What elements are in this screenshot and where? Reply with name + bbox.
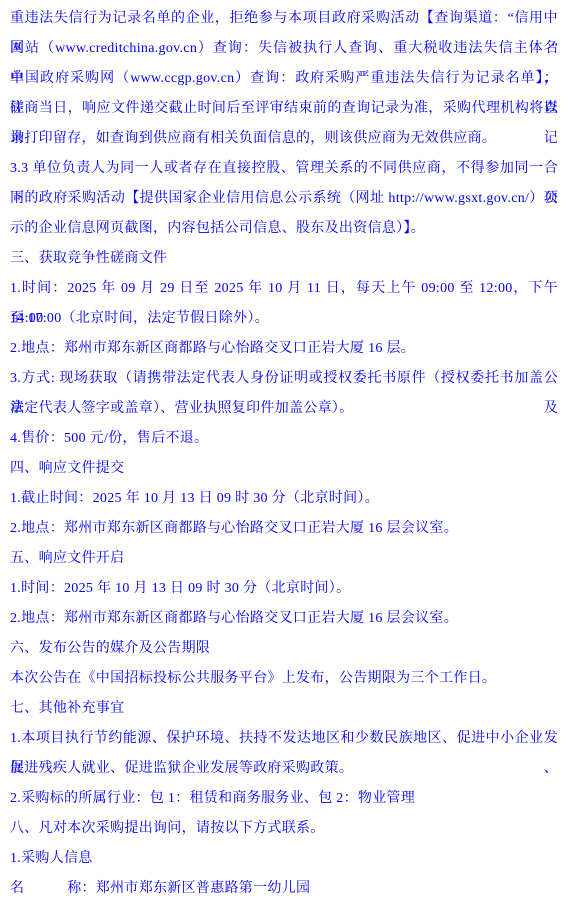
document-text-line: 2.采购标的所属行业：包 1：租赁和商务服务业、包 2：物业管理 [10, 784, 558, 814]
document-text-line: 三、获取竞争性磋商文件 [10, 244, 558, 274]
document-text-line: 录打印留存，如查询到供应商有相关负面信息的，则该供应商为无效供应商。 [10, 124, 558, 154]
document-text-line: 2.地点：郑州市郑东新区商都路与心怡路交叉口正岩大厦 16 层会议室。 [10, 604, 558, 634]
document-text-line: 下的政府采购活动【提供国家企业信用信息公示系统（网址 http://www.gs… [10, 184, 558, 214]
document-text-line: 3.方式: 现场获取（请携带法定代表人身份证明或授权委托书原件（授权委托书加盖公… [10, 364, 558, 394]
document-text-line: 1.采购人信息 [10, 844, 558, 874]
document-text-line: 2.地点：郑州市郑东新区商都路与心怡路交叉口正岩大厦 16 层会议室。 [10, 514, 558, 544]
document-text-line: 八、凡对本次采购提出询问，请按以下方式联系。 [10, 814, 558, 844]
document-text-line: 七、其他补充事宜 [10, 694, 558, 724]
document-text-line: 六、发布公告的媒介及公告期限 [10, 634, 558, 664]
procurement-announcement-document: 重违法失信行为记录名单的企业，拒绝参与本项目政府采购活动【查询渠道：“信用中国”… [0, 0, 570, 904]
document-text-line: 磋商当日，响应文件递交截止时间后至评审结束前的查询记录为准，采购代理机构将查询记 [10, 94, 558, 124]
document-text-line: 重违法失信行为记录名单的企业，拒绝参与本项目政府采购活动【查询渠道：“信用中国” [10, 4, 558, 34]
document-text-line: 1.本项目执行节约能源、保护环境、扶持不发达地区和少数民族地区、促进中小企业发展… [10, 724, 558, 754]
document-text-line: 3.3 单位负责人为同一人或者存在直接控股、管理关系的不同供应商，不得参加同一合… [10, 154, 558, 184]
document-text-line: 本次公告在《中国招标投标公共服务平台》上发布，公告期限为三个工作日。 [10, 664, 558, 694]
document-text-line: 4.售价：500 元/份，售后不退。 [10, 424, 558, 454]
document-text-line: 示的企业信息网页截图，内容包括公司信息、股东及出资信息）】。 [10, 214, 558, 244]
document-text-line: 网站（www.creditchina.gov.cn）查询：失信被执行人查询、重大… [10, 34, 558, 64]
document-text-line: 1.时间：2025 年 09 月 29 日至 2025 年 10 月 11 日，… [10, 274, 558, 304]
document-text-line: 1.截止时间：2025 年 10 月 13 日 09 时 30 分（北京时间）。 [10, 484, 558, 514]
document-text-line: 1.时间：2025 年 10 月 13 日 09 时 30 分（北京时间）。 [10, 574, 558, 604]
document-text-line: 2.地点：郑州市郑东新区商都路与心怡路交叉口正岩大厦 16 层。 [10, 334, 558, 364]
document-text-line: 名 称：郑州市郑东新区普惠路第一幼儿园 [10, 874, 558, 904]
document-text-line: 五、响应文件开启 [10, 544, 558, 574]
document-text-line: 至 17:00（北京时间，法定节假日除外）。 [10, 304, 558, 334]
document-text-line: 中国政府采购网（www.ccgp.gov.cn）查询：政府采购严重违法失信行为记… [10, 64, 558, 94]
document-text-line: 四、响应文件提交 [10, 454, 558, 484]
